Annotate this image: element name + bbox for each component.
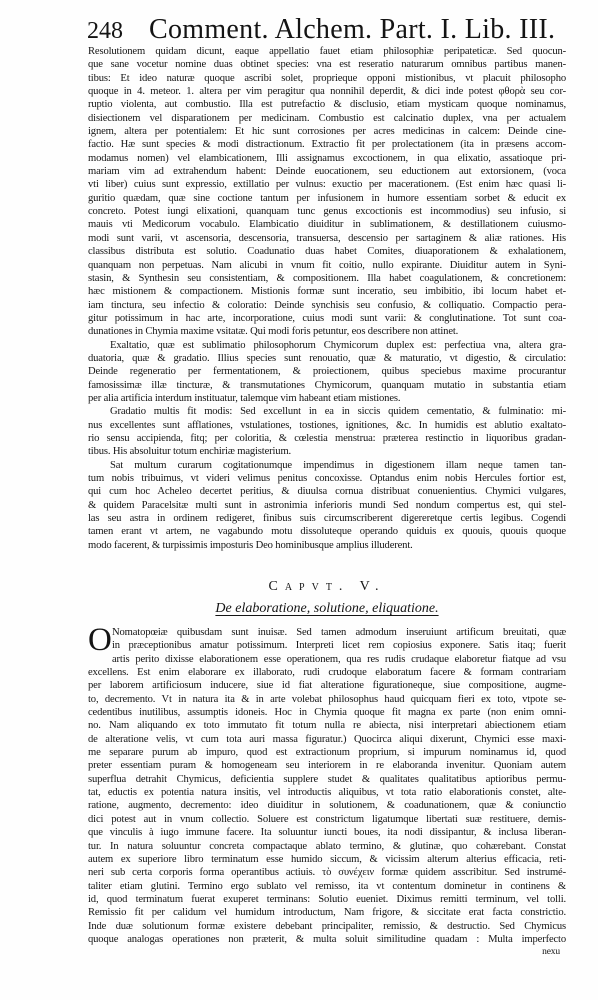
chapter-number: Capvt. V. (88, 579, 566, 595)
text-line: Resolutionem quidam dicunt, eaque appell… (88, 45, 566, 58)
text-line: mariam vim ad extrahendum habent: Deinde… (88, 165, 566, 178)
paragraph-sat-multum: Sat multum curarum cogitationumque impen… (88, 459, 566, 552)
text-line: cedentibus inutilibus, assumptis idoneis… (88, 706, 566, 719)
text-line: Nomatopœiæ quibusdam sunt inuisæ. Sed ta… (112, 626, 566, 639)
text-line: dici potest aut in vnum collectio. Solue… (88, 813, 566, 826)
text-line: me separare purum ab impuro, quod est ex… (88, 746, 566, 759)
text-line: stasin, & Synthesin seu consistentiam, &… (88, 272, 566, 285)
chapter-title: De elaboratione, solutione, eliquatione. (88, 601, 566, 617)
text-line: hæc mistionem & compactionem. Mistionis … (88, 285, 566, 298)
running-head: 248 Comment. Alchem. Part. I. Lib. III. (87, 14, 567, 46)
text-line: id, quod terminatum fuerat exuperet term… (88, 893, 566, 906)
text-line: tamen erant vt artem, ne vagabundo motu … (88, 525, 566, 538)
text-line: ruptio violenta, aut combustio. Illa est… (88, 98, 566, 111)
text-line: nus excellentes sunt afflationes, vstula… (88, 419, 566, 432)
text-line: dunationes in Chymia maxime vsitatæ. Qui… (88, 325, 566, 338)
text-line: tat, eductis ex potentia natura insitis,… (88, 786, 566, 799)
text-line: quanquam non perpetuas. Nam alicubi in v… (88, 259, 566, 272)
text-line: iam tinctura, seu infectio & coloratio: … (88, 299, 566, 312)
text-line: tibus. His absoluitur totum enchiriæ mag… (88, 445, 566, 458)
text-line: autem ex superiore libro terminatum esse… (88, 853, 566, 866)
text-line: las seu astra in ordinem redigeret, fini… (88, 512, 566, 525)
text-line: excellens. Est enim elaborare ex illabor… (88, 666, 566, 679)
text-line: modi sunt varii, vt ascensoria, descenso… (88, 232, 566, 245)
text-line: & quidem Paracelsitæ multi sunt in astro… (88, 499, 566, 512)
text-line: Inde duæ solutionum formæ existere debeb… (88, 920, 566, 933)
text-line: famosissimæ illæ tincturæ, & transmutati… (88, 379, 566, 392)
text-line: classibus distributa est solutio. Coadun… (88, 245, 566, 258)
text-line: duatoria, quæ & gradatio. Illius species… (88, 352, 566, 365)
text-line: tum nobis tribuimus, vt videri velimus p… (88, 472, 566, 485)
text-line: neri sub certa corporis forma operantibu… (88, 866, 566, 879)
text-line: factio. Hæ sunt species & modi distracti… (88, 138, 566, 151)
text-line: artis perito dixisse elaborationem esse … (112, 653, 566, 666)
drop-cap-initial: O (88, 627, 110, 653)
text-line: quoque analogas operationes non præterit… (88, 933, 566, 946)
text-line: per laborem artificiosum inducere, siue … (88, 679, 566, 692)
text-line: no. Nam aliquando ex toto immutato fit t… (88, 719, 566, 732)
text-line: que vinculis à iugo immune facere. Ita s… (88, 826, 566, 839)
text-line: modamus nomen) vel elambicationem, Illi … (88, 152, 566, 165)
text-line: to, decremento. Vt in natura ita & in ar… (88, 693, 566, 706)
text-line: Sat multum curarum cogitationumque impen… (88, 459, 566, 472)
text-line: in præceptionibus amatur potissimum. Int… (112, 639, 566, 652)
text-line: qui cum hoc Acheleo decertet peritius, &… (88, 485, 566, 498)
text-line: ignem, altera per potentialem: Et hic su… (88, 125, 566, 138)
catchword: nexu (88, 946, 566, 959)
text-line: rio sensu accipienda, fitq; per coloriti… (88, 432, 566, 445)
text-line: superflua detrahit Chymicus, deficientia… (88, 773, 566, 786)
text-line: per alia artificia interdum instituatur,… (88, 392, 566, 405)
running-title: Comment. Alchem. Part. I. Lib. III. (149, 14, 555, 46)
paragraph-resolutio: Resolutionem quidam dicunt, eaque appell… (88, 45, 566, 339)
text-line: guritio quædam, quæ sine coctione tantum… (88, 192, 566, 205)
text-line: Gradatio multis fit modis: Sed excellunt… (88, 405, 566, 418)
body-text-upper: Resolutionem quidam dicunt, eaque appell… (88, 45, 566, 552)
body-text-chapter: O Nomatopœiæ quibusdam sunt inuisæ. Sed … (88, 626, 566, 960)
text-line: tibus: Et ideo naturæ quoque ascribi sol… (88, 72, 566, 85)
text-line: vti liber) cuius sunt expressio, extilla… (88, 178, 566, 191)
text-line: preter essentiam puram & homogeneam seu … (88, 759, 566, 772)
text-line: gitur potissimum in hac arte, incorporat… (88, 312, 566, 325)
text-line: disiectionem vel disparationem per medic… (88, 112, 566, 125)
text-line: de alteratione velis, vt cum tota auri m… (88, 733, 566, 746)
text-line: modo facerent, & turpissimis imposturis … (88, 539, 566, 552)
paragraph-gradatio: Gradatio multis fit modis: Sed excellunt… (88, 405, 566, 458)
text-line: taliter etiam glutini. Termino ergo subl… (88, 880, 566, 893)
page-number: 248 (87, 18, 123, 45)
text-line: Exaltatio, quæ est sublimatio philosopho… (88, 339, 566, 352)
text-line: concreto. Potest iungi elixationi, quanq… (88, 205, 566, 218)
text-line: Deinde regeneratio per fermentationem, &… (88, 365, 566, 378)
text-line: tur. In natura soluuntur concreta compac… (88, 840, 566, 853)
text-line: ratione, augmento, decremento: ideo diui… (88, 799, 566, 812)
text-line: que sane vocetur nomine duas obtinet spe… (88, 58, 566, 71)
text-line: quoque in 4. meteor. 1. altera per vim p… (88, 85, 566, 98)
book-page: 248 Comment. Alchem. Part. I. Lib. III. … (0, 0, 598, 1000)
text-line: Remissio fit per calidum vel humidum int… (88, 906, 566, 919)
paragraph-exaltatio: Exaltatio, quæ est sublimatio philosopho… (88, 339, 566, 406)
text-line: mauis vti Medicorum vocabulo. Elambicati… (88, 218, 566, 231)
